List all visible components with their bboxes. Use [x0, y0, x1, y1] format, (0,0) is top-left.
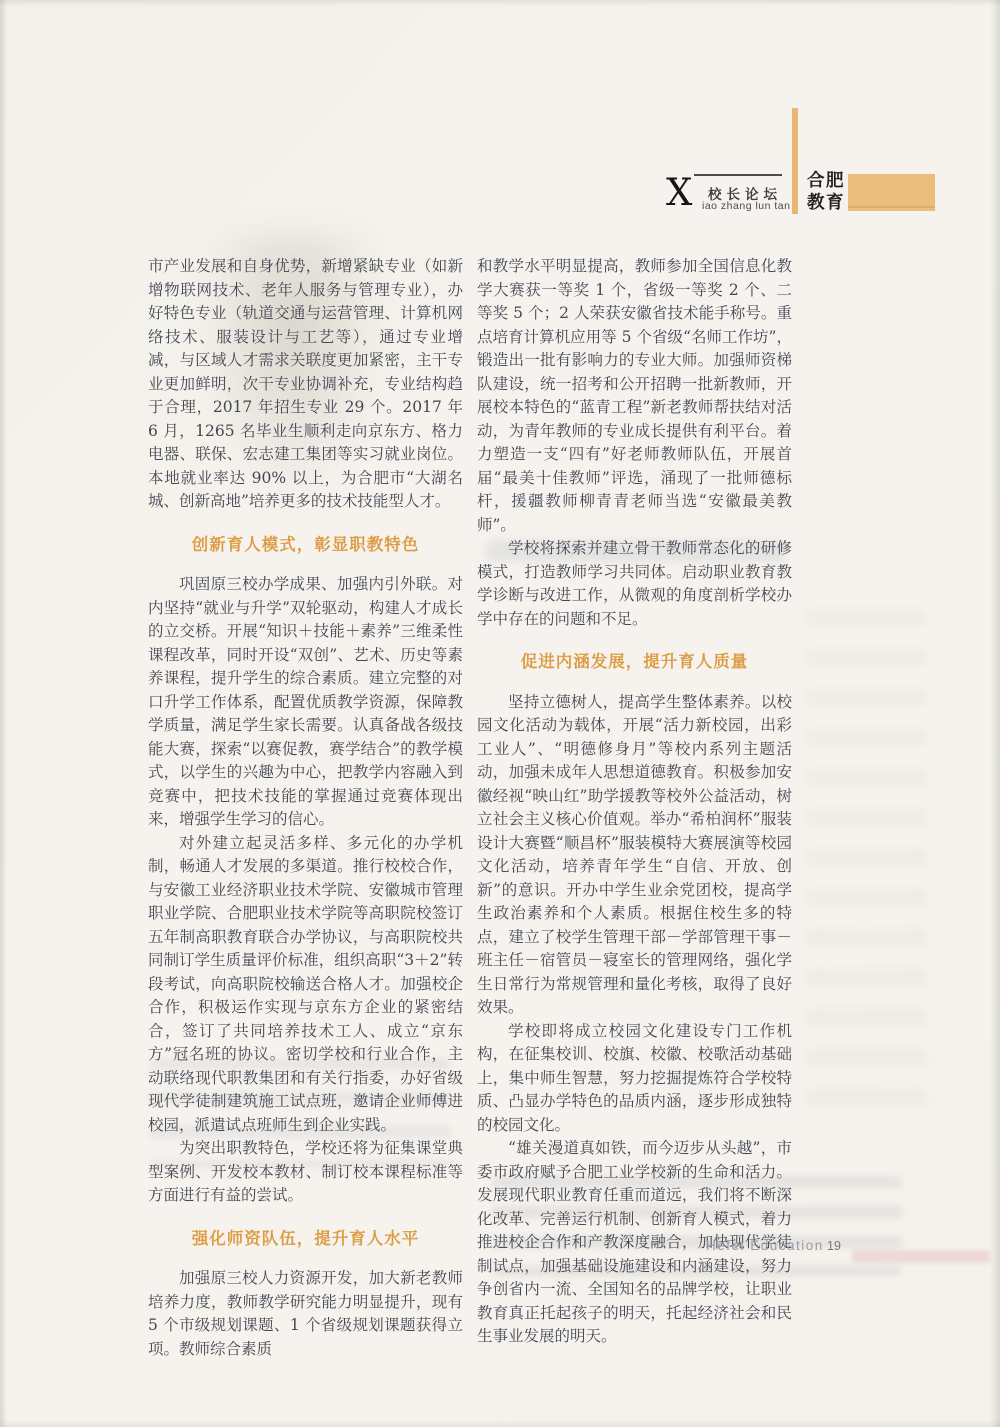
header-vertical-bar [792, 108, 798, 214]
article-paragraph: 和教学水平明显提高，教师参加全国信息化教学大赛获一等奖 1 个，省级一等奖 2 … [477, 255, 792, 537]
magazine-page: { "colors": { "accent_heading": "#dc9b41… [0, 0, 1000, 1427]
section-heading: 创新育人模式，彰显职教特色 [148, 533, 463, 557]
forum-pinyin: iao zhang lun tan [702, 200, 790, 212]
journal-brand-line1: 合肥 [807, 170, 845, 192]
footer-pink-strip [852, 1250, 990, 1263]
bleed-through-smudge [806, 610, 926, 1110]
footer-page-number: 19 [827, 1239, 841, 1253]
section-heading: 促进内涵发展，提升育人质量 [477, 650, 792, 674]
journal-brand: 合肥 教育 [807, 170, 845, 214]
article-paragraph: 坚持立德树人，提高学生整体素养。以校园文化活动为载体，开展“活力新校园，出彩工业… [477, 691, 792, 1020]
scan-edge-left [0, 0, 7, 1427]
article-paragraph: 学校将探索并建立骨干教师常态化的研修模式，打造教师学习共同体。启动职业教育教学诊… [477, 537, 792, 631]
section-heading: 强化师资队伍，提升育人水平 [148, 1227, 463, 1251]
scan-edge-right [990, 0, 1000, 1427]
article-paragraph: 巩固原三校办学成果、加强内引外联。对内坚持“就业与升学”双轮驱动，构建人才成长的… [148, 573, 463, 832]
article-paragraph: 学校即将成立校园文化建设专门工作机构，在征集校训、校旗、校徽、校歌活动基础上，集… [477, 1020, 792, 1138]
forum-rule-line [694, 174, 782, 176]
scan-edge-bottom [0, 1419, 1000, 1427]
header-orange-block [848, 174, 935, 211]
scan-edge-top [0, 0, 1000, 6]
article-paragraph: 市产业发展和自身优势，新增紧缺专业（如新增物联网技术、老年人服务与管理专业），办… [148, 255, 463, 514]
right-column: 和教学水平明显提高，教师参加全国信息化教学大赛获一等奖 1 个，省级一等奖 2 … [477, 255, 792, 1349]
article-paragraph: 为突出职教特色，学校还将为征集课堂典型案例、开发校本教材、制订校本课程标准等方面… [148, 1137, 463, 1208]
article-paragraph: 加强原三校人力资源开发，加大新老教师培养力度，教师教学研究能力明显提升，现有 5… [148, 1267, 463, 1361]
footer-journal-name: Hefei Education [706, 1238, 824, 1253]
article-paragraph: 对外建立起灵活多样、多元化的办学机制，畅通人才发展的多渠道。推行校校合作，与安徽… [148, 832, 463, 1138]
left-column: 市产业发展和自身优势，新增紧缺专业（如新增物联网技术、老年人服务与管理专业），办… [148, 255, 463, 1361]
forum-logo-initial: X [666, 174, 692, 211]
journal-brand-line2: 教育 [807, 192, 845, 214]
